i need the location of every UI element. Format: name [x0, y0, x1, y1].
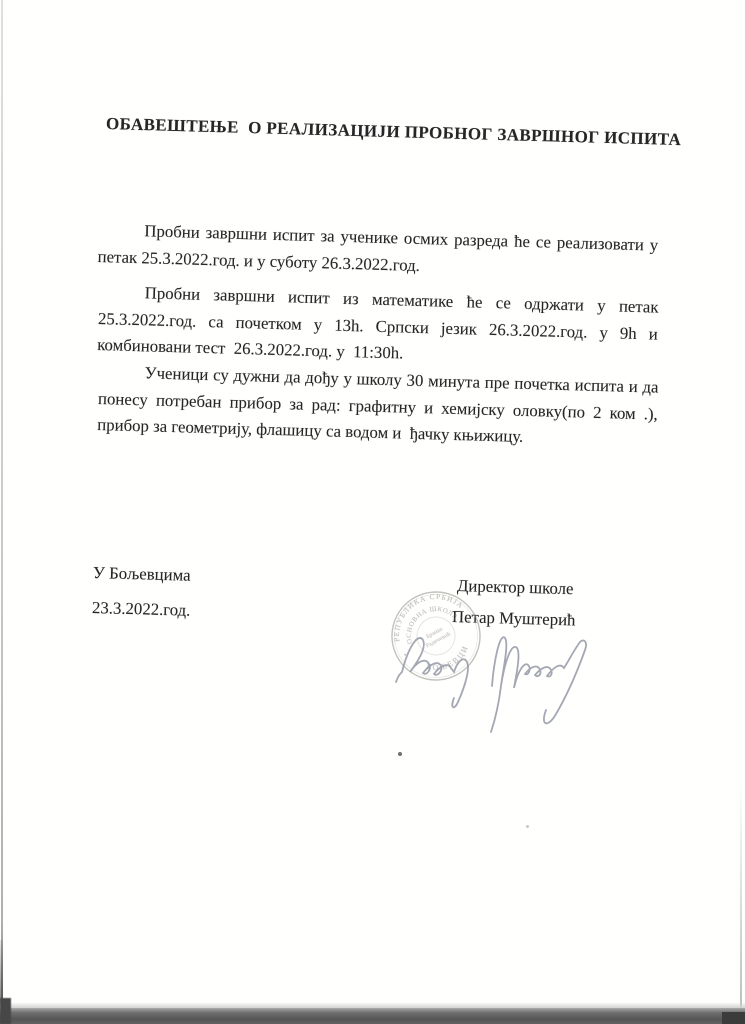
document-title: ОБАВЕШТЕЊЕ О РЕАЛИЗАЦИЈИ ПРОБНОГ ЗАВРШНО…	[106, 114, 682, 150]
scanned-notice-page: ОБАВЕШТЕЊЕ О РЕАЛИЗАЦИЈИ ПРОБНОГ ЗАВРШНО…	[0, 0, 745, 1024]
signature-stroke	[396, 638, 468, 707]
footer-place: У Бољевцима	[93, 560, 191, 589]
footer-date: 23.3.2022.год.	[92, 595, 191, 624]
scan-corner-bottom-left	[0, 998, 11, 1024]
scan-edge-bottom-band	[0, 1008, 745, 1024]
ink-speck	[398, 752, 402, 756]
scan-edge-left	[1, 0, 3, 1024]
signature-stroke	[492, 637, 586, 723]
signature-stroke	[491, 686, 501, 732]
paragraph-student-instructions: Ученици су дужни да дођу у школу 30 мину…	[97, 359, 659, 454]
paragraph-exam-dates: Пробни завршни испит за ученике осмих ра…	[97, 217, 658, 286]
director-signature-handwriting	[388, 598, 628, 738]
ink-speck	[526, 825, 529, 828]
scan-edge-right	[740, 780, 742, 1024]
paragraph-exam-schedule: Пробни завршни испит из математике ће се…	[97, 279, 659, 374]
scan-edge-bottom-step	[722, 1012, 745, 1024]
